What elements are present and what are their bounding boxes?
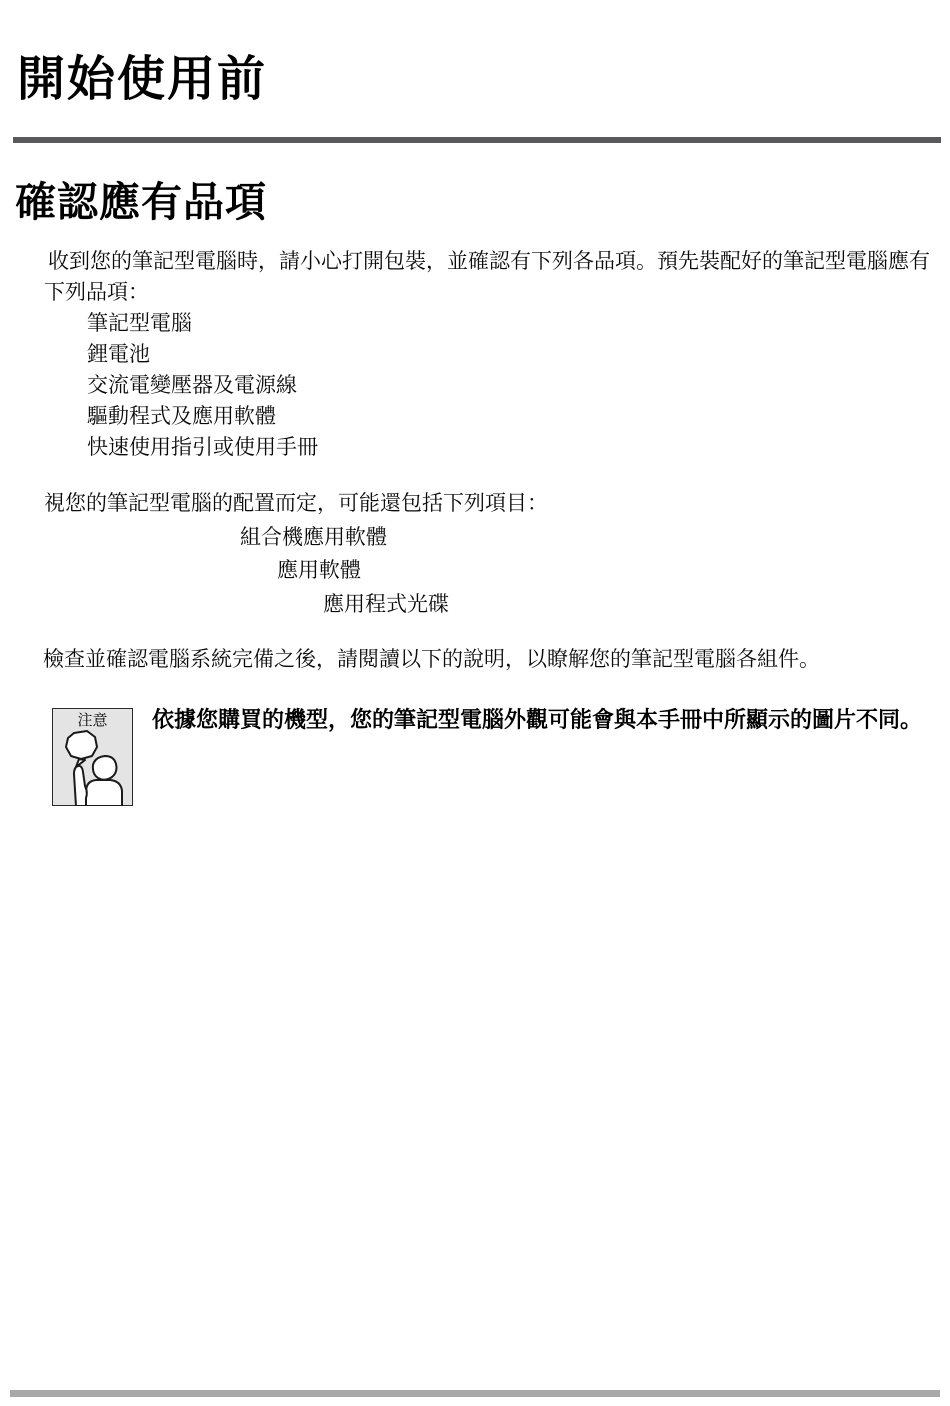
list-item: 組合機應用軟體 [240,522,387,555]
list-item: 應用軟體 [277,555,361,588]
optional-paragraph: 視您的筆記型電腦的配置而定，可能還包括下列項目： [44,488,944,519]
page-title: 開始使用前 [17,52,267,108]
list-item: 筆記型電腦 [87,308,787,339]
list-item: 交流電變壓器及電源線 [87,370,787,401]
note-label: 注意 [53,709,132,731]
manual-page: 開始使用前 確認應有品項 收到您的筆記型電腦時，請小心打開包裝，並確認有下列各品… [0,0,950,1406]
list-item: 驅動程式及應用軟體 [87,401,787,432]
top-divider [13,137,941,143]
note-text: 依據您購買的機型，您的筆記型電腦外觀可能會與本手冊中所顯示的圖片不同。 [152,702,942,737]
included-items-list: 筆記型電腦 鋰電池 交流電變壓器及電源線 驅動程式及應用軟體 快速使用指引或使用… [87,308,787,463]
check-paragraph: 檢查並確認電腦系統完備之後，請閱讀以下的說明，以瞭解您的筆記型電腦各組件。 [43,644,943,675]
list-item: 快速使用指引或使用手冊 [87,432,787,463]
bottom-divider [10,1390,940,1397]
section-title: 確認應有品項 [15,178,267,226]
note-box: 注意 [52,708,133,806]
intro-paragraph: 收到您的筆記型電腦時，請小心打開包裝，並確認有下列各品項。預先裝配好的筆記型電腦… [44,246,944,308]
person-speech-bubble-icon [54,730,133,811]
list-item: 鋰電池 [87,339,787,370]
list-item: 應用程式光碟 [323,589,449,622]
